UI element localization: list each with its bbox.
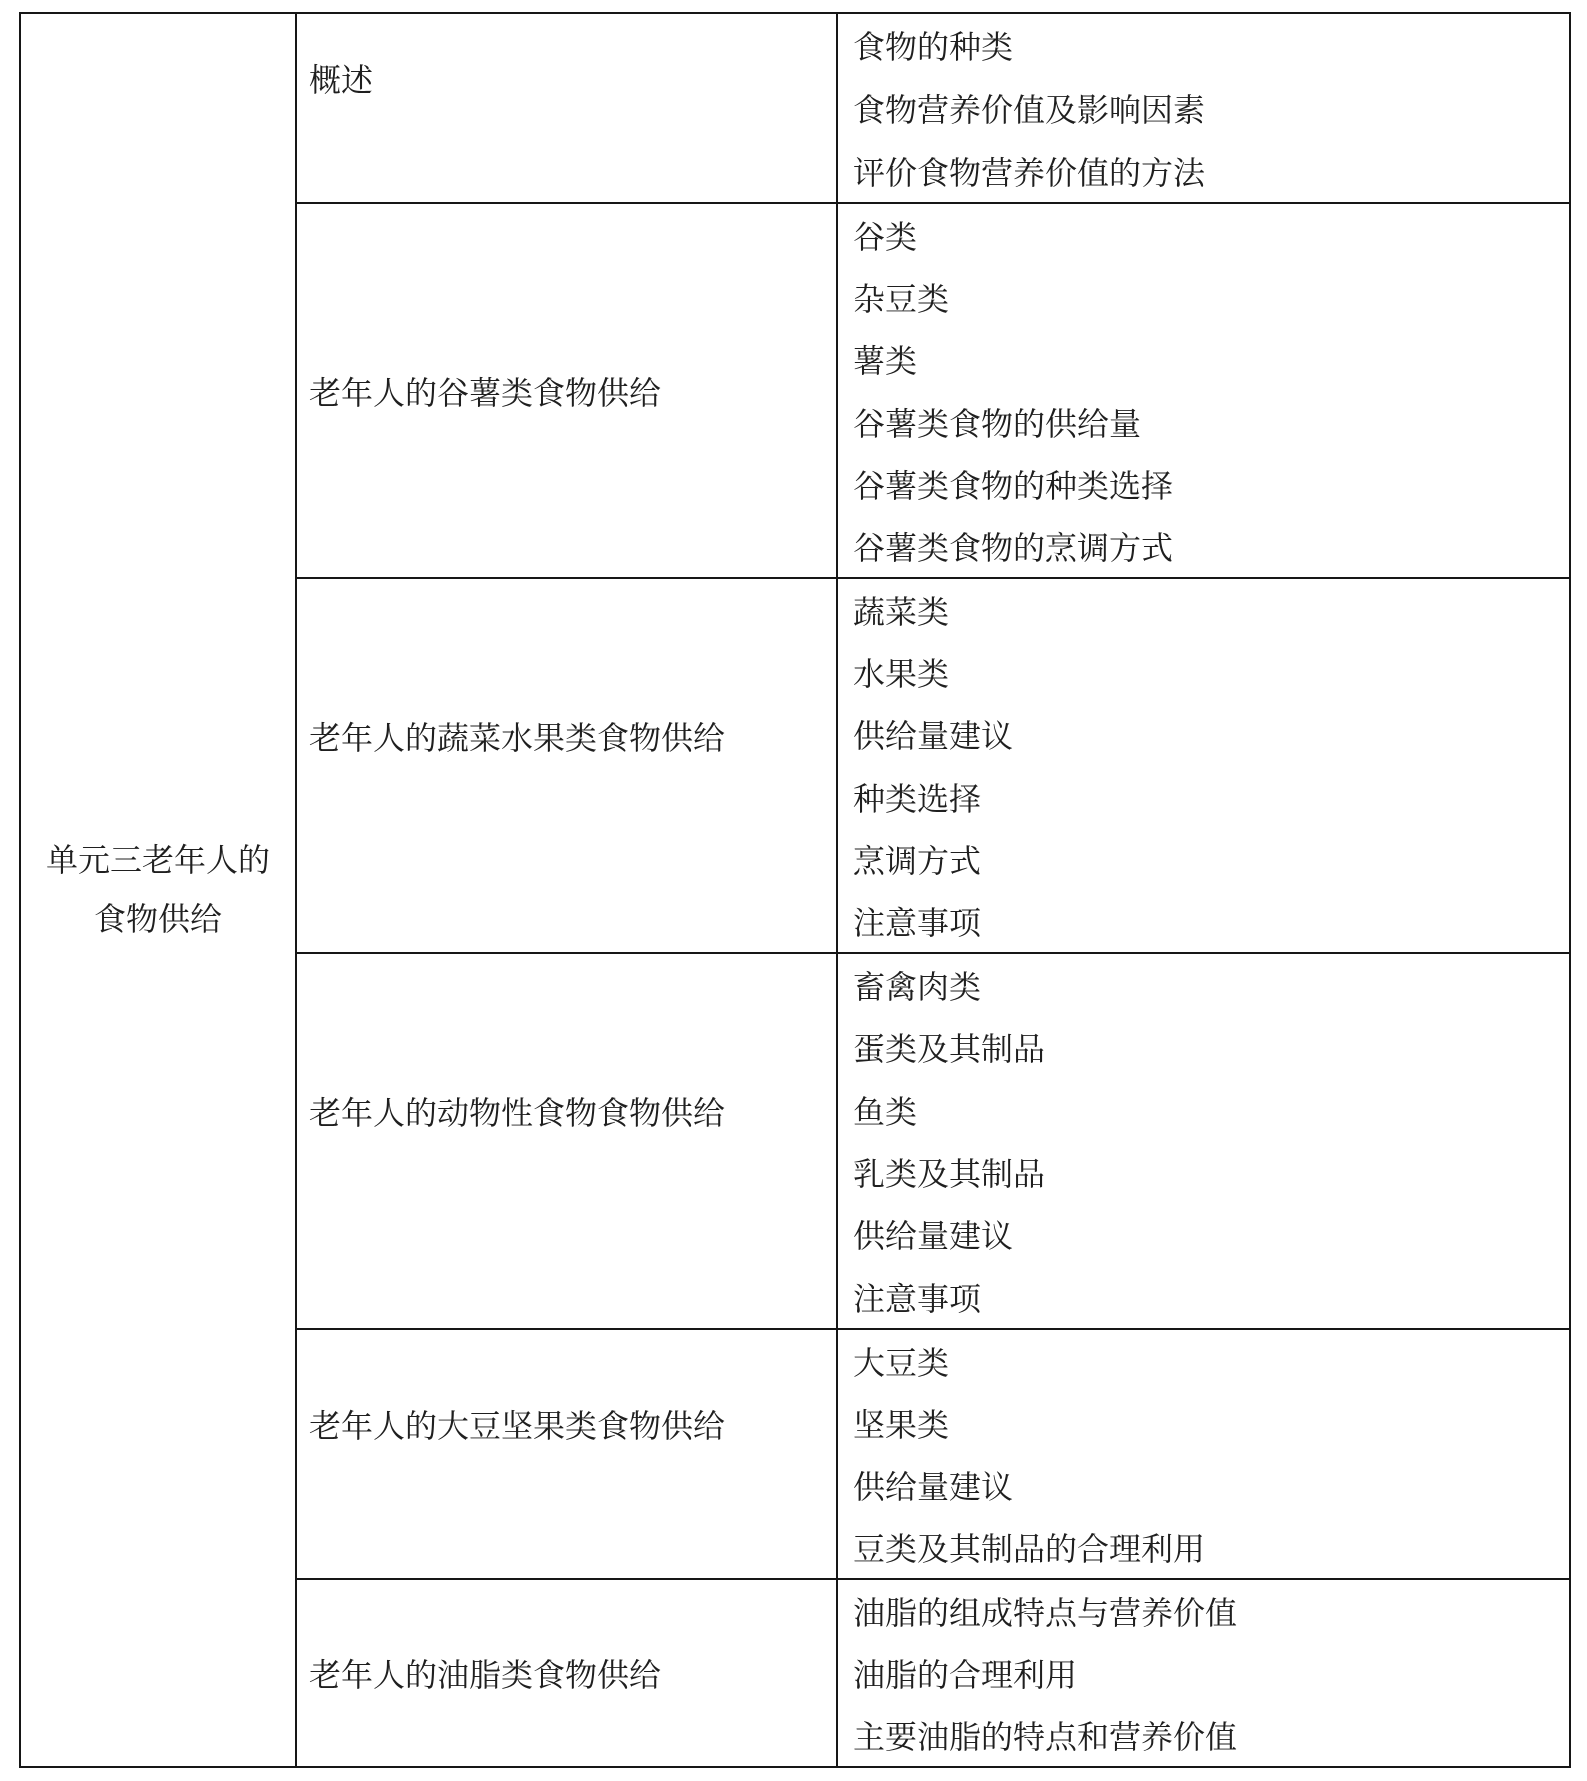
section-5-items-cell: 大豆类 坚果类 供给量建议 豆类及其制品的合理利用 [838,1328,1569,1578]
section-4-label-cell: 老年人的动物性食物食物供给 [297,952,838,1328]
topic-item: 油脂的合理利用 [838,1642,1569,1704]
topic-item: 大豆类 [838,1330,1569,1392]
topic-item: 主要油脂的特点和营养价值 [838,1704,1569,1766]
section-6-items-cell: 油脂的组成特点与营养价值 油脂的合理利用 主要油脂的特点和营养价值 [838,1578,1569,1766]
topic-item: 谷薯类食物的种类选择 [838,453,1569,515]
topic-item-text: 烹调方式 [853,836,981,882]
topic-item-text: 畜禽肉类 [853,962,981,1008]
topic-item: 注意事项 [838,1266,1569,1328]
unit-cell: 单元三老年人的 食物供给 [21,14,297,1766]
section-2-label-cell: 老年人的谷薯类食物供给 [297,202,838,577]
section-3-label: 老年人的蔬菜水果类食物供给 [309,713,725,759]
topic-item-text: 谷类 [853,212,917,258]
topic-item-text: 谷薯类食物的种类选择 [853,461,1173,507]
section-5-label: 老年人的大豆坚果类食物供给 [309,1401,725,1447]
section-4-items-cell: 畜禽肉类 蛋类及其制品 鱼类 乳类及其制品 供给量建议 注意事项 [838,952,1569,1328]
topic-item-text: 注意事项 [853,898,981,944]
topic-item: 供给量建议 [838,703,1569,765]
section-1-label-cell: 概述 [297,14,838,202]
topic-item: 豆类及其制品的合理利用 [838,1516,1569,1578]
topic-item-text: 注意事项 [853,1274,981,1320]
topic-item: 谷薯类食物的供给量 [838,391,1569,453]
topic-item-text: 豆类及其制品的合理利用 [853,1524,1205,1570]
unit-title-line-1: 单元三老年人的 [46,831,270,890]
topic-item-text: 坚果类 [853,1400,949,1446]
topic-item: 鱼类 [838,1079,1569,1141]
topic-item-text: 种类选择 [853,774,981,820]
topic-item-text: 供给量建议 [853,1462,1013,1508]
topic-item: 食物营养价值及影响因素 [838,77,1569,140]
section-6-label-cell: 老年人的油脂类食物供给 [297,1578,838,1766]
topic-item: 谷类 [838,204,1569,266]
topic-item: 评价食物营养价值的方法 [838,139,1569,202]
topic-item: 畜禽肉类 [838,954,1569,1016]
curriculum-table: 单元三老年人的 食物供给 概述 食物的种类 食物营养价值及影响因素 评价食物营养… [19,12,1571,1768]
section-3-label-cell: 老年人的蔬菜水果类食物供给 [297,577,838,952]
topic-item-text: 乳类及其制品 [853,1149,1045,1195]
topic-item: 油脂的组成特点与营养价值 [838,1580,1569,1642]
section-1-items-cell: 食物的种类 食物营养价值及影响因素 评价食物营养价值的方法 [838,14,1569,202]
section-5-label-cell: 老年人的大豆坚果类食物供给 [297,1328,838,1578]
topic-item: 供给量建议 [838,1203,1569,1265]
topic-item-text: 鱼类 [853,1087,917,1133]
topic-item: 烹调方式 [838,828,1569,890]
topic-item: 蛋类及其制品 [838,1016,1569,1078]
topic-item-text: 评价食物营养价值的方法 [853,148,1205,194]
topic-item-text: 主要油脂的特点和营养价值 [853,1712,1237,1758]
topic-item: 薯类 [838,328,1569,390]
section-2-label: 老年人的谷薯类食物供给 [309,368,661,414]
topic-item: 杂豆类 [838,266,1569,328]
topic-item: 蔬菜类 [838,579,1569,641]
topic-item-text: 大豆类 [853,1338,949,1384]
section-2-items-cell: 谷类 杂豆类 薯类 谷薯类食物的供给量 谷薯类食物的种类选择 谷薯类食物的烹调方… [838,202,1569,577]
section-1-label: 概述 [309,55,373,101]
topic-item: 坚果类 [838,1392,1569,1454]
topic-item-text: 谷薯类食物的烹调方式 [853,523,1173,569]
topic-item-text: 水果类 [853,649,949,695]
topic-item-text: 食物的种类 [853,22,1013,68]
topic-item: 注意事项 [838,890,1569,952]
topic-item-text: 蛋类及其制品 [853,1024,1045,1070]
topic-item: 谷薯类食物的烹调方式 [838,515,1569,577]
topic-item: 食物的种类 [838,14,1569,77]
topic-item-text: 供给量建议 [853,1211,1013,1257]
topic-item-text: 杂豆类 [853,274,949,320]
topic-item-text: 供给量建议 [853,711,1013,757]
topic-item-text: 蔬菜类 [853,587,949,633]
section-6-label: 老年人的油脂类食物供给 [309,1650,661,1696]
topic-item: 种类选择 [838,766,1569,828]
topic-item: 供给量建议 [838,1454,1569,1516]
topic-item-text: 油脂的合理利用 [853,1650,1077,1696]
section-3-items-cell: 蔬菜类 水果类 供给量建议 种类选择 烹调方式 注意事项 [838,577,1569,952]
unit-title-line-2: 食物供给 [94,890,222,949]
topic-item: 水果类 [838,641,1569,703]
topic-item: 乳类及其制品 [838,1141,1569,1203]
topic-item-text: 谷薯类食物的供给量 [853,399,1141,445]
topic-item-text: 食物营养价值及影响因素 [853,85,1205,131]
section-4-label: 老年人的动物性食物食物供给 [309,1088,725,1134]
topic-item-text: 薯类 [853,336,917,382]
topic-item-text: 油脂的组成特点与营养价值 [853,1588,1237,1634]
